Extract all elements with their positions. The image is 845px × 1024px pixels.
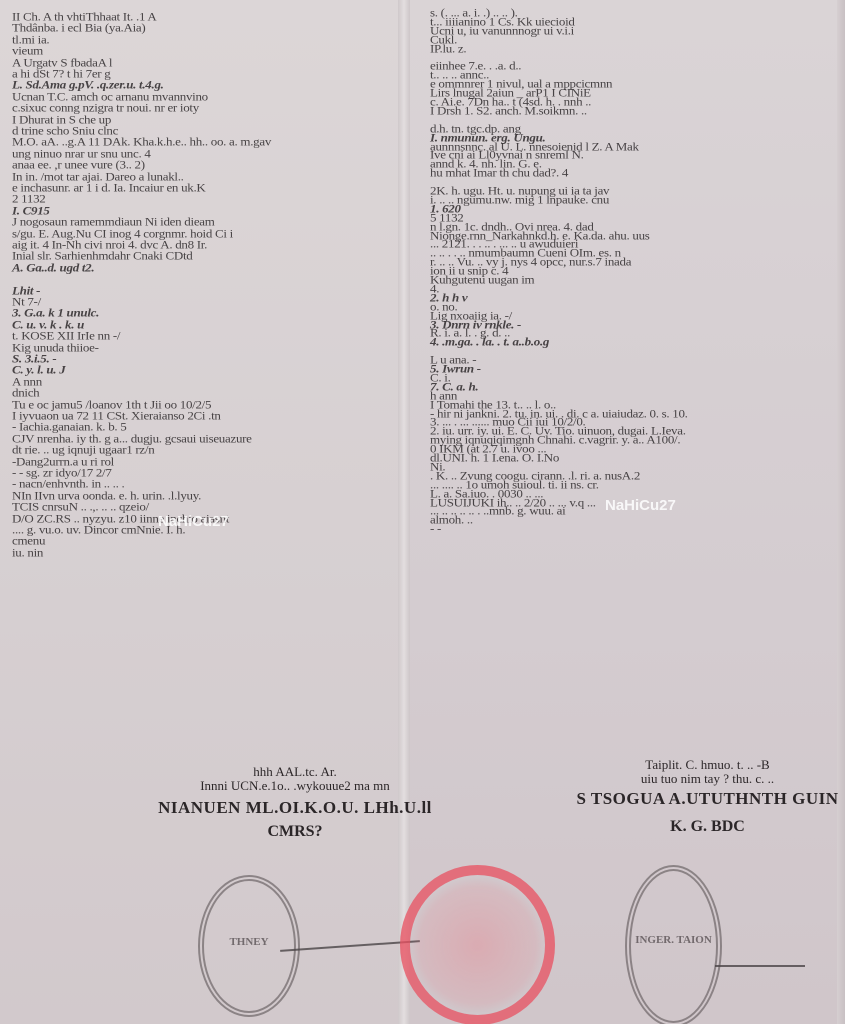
right-signature-block: Taiplit. C. hmuo. t. .. -B uiu tuo nim t…	[570, 758, 845, 834]
document-line: A. Ga..d. ugd t2.	[12, 261, 94, 273]
watermark: NaHiCu27	[158, 513, 229, 530]
document-line: I Drsh 1. S2. anch. M.soikmn. ..	[430, 104, 587, 116]
document-line: 4. .m.ga. . la. . t. a..b.o.g	[430, 336, 549, 348]
red-seal-stamp	[400, 865, 555, 1024]
page-fold	[398, 0, 410, 1024]
signature-line-2: Innni UCN.e.1o.. .wykouue2 ma mn	[150, 779, 440, 793]
left-signature-block: hhh AAL.tc. Ar. Innni UCN.e.1o.. .wykouu…	[150, 765, 440, 839]
signatory-name: S TSOGUA A.UTUTHNTH GUIN	[570, 792, 845, 806]
signature-line-2: uiu tuo nim tay ? thu. c. ..	[570, 772, 845, 786]
document-line: hu mhat Imar th chu dad?. 4	[430, 167, 568, 179]
document-line: Kuhgutenu uugan im	[430, 274, 534, 286]
signatory-name: NIANUEN ML.OI.K.O.U. LHh.U.ll	[150, 801, 440, 815]
signatory-title: K. G. BDC	[570, 820, 845, 834]
page-edge	[837, 0, 845, 1024]
document-line: dl.UNI. h. 1 I.ena. O. I.No	[430, 452, 559, 464]
document-line: iu. nin	[12, 546, 43, 558]
document-line: IP.lu. z.	[430, 42, 466, 54]
signatory-title: CMRS?	[150, 825, 440, 839]
signature-line-1: Taiplit. C. hmuo. t. .. -B	[570, 758, 845, 772]
official-seal-stamp: THNEY	[198, 875, 300, 1017]
document-line: - -	[430, 523, 441, 535]
official-seal-stamp: INGER. TAION	[625, 865, 722, 1024]
signature-stroke	[715, 965, 805, 967]
signature-line-1: hhh AAL.tc. Ar.	[150, 765, 440, 779]
watermark: NaHiCu27	[605, 497, 676, 514]
